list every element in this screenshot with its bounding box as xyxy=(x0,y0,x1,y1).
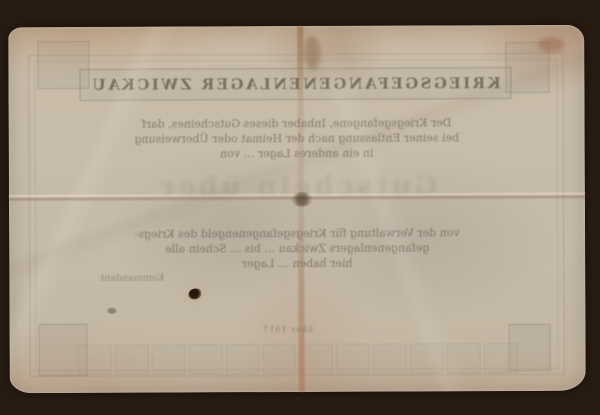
top-center-smudge xyxy=(304,36,320,70)
photo-frame: KRIEGSGEFANGENENLAGER ZWICKAU Der Kriegs… xyxy=(0,0,600,415)
fold-center-stain xyxy=(292,192,312,207)
banknote-back: KRIEGSGEFANGENENLAGER ZWICKAU Der Kriegs… xyxy=(8,25,586,394)
small-stain-mark xyxy=(107,308,116,314)
top-right-rust-stain xyxy=(538,37,564,53)
